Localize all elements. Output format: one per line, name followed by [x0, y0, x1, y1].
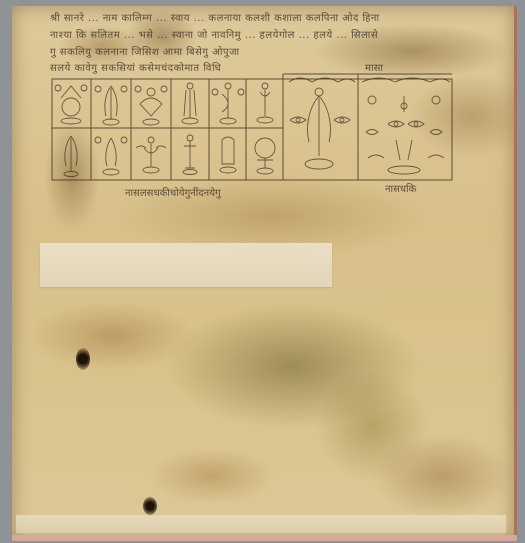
figure-with-arc	[212, 83, 244, 124]
figure-standing	[182, 83, 198, 124]
caption-right: नासधकि	[385, 181, 416, 195]
figure-standing	[95, 137, 127, 175]
figure-seated	[136, 137, 166, 173]
figure-standing	[95, 86, 127, 125]
crowded-faces-panel	[362, 78, 450, 174]
caption-left: नासलसधकीचोयेगुनींदनयेगु	[125, 185, 221, 199]
figure-drawings	[55, 78, 450, 177]
illustration-grid	[0, 0, 525, 543]
figure-crowned-head	[55, 85, 87, 124]
figure-robed	[220, 137, 236, 173]
figure-seated-ornate	[255, 138, 275, 174]
figure-standing	[257, 83, 273, 123]
figure-standing	[64, 136, 78, 177]
figure-standing	[183, 135, 197, 175]
figure-seated	[135, 86, 167, 125]
central-standing-figure	[289, 78, 355, 169]
